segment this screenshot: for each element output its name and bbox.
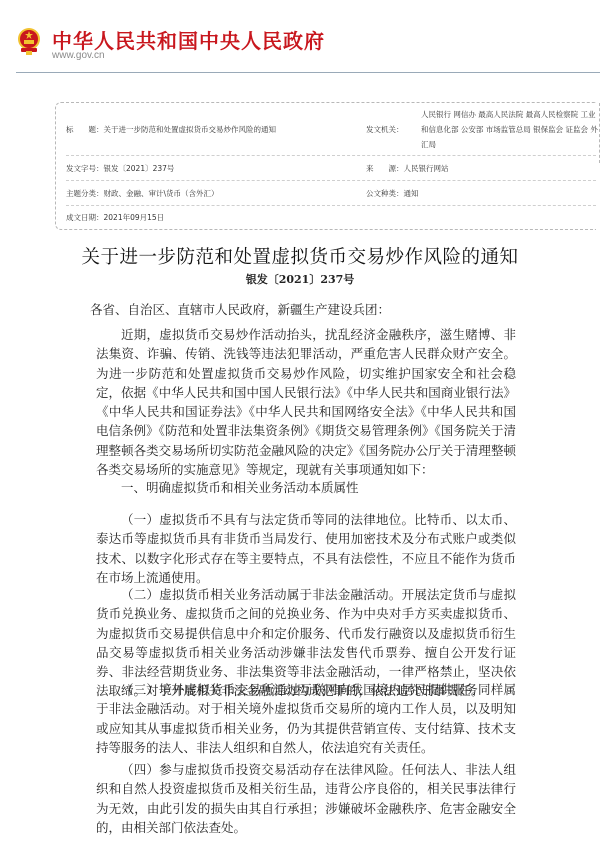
paragraph-4: （四）参与虚拟货币投资交易活动存在法律风险。任何法人、非法人组织和自然人投资虚拟… [96, 760, 516, 837]
title-value: 关于进一步防范和处置虚拟货币交易炒作风险的通知 [104, 125, 277, 134]
info-row-category: 主题分类：财政、金融、审计\货币（含外汇） 公文种类：通知 [66, 180, 596, 206]
document-addressee: 各省、自治区、直辖市人民政府，新疆生产建设兵团： [90, 300, 390, 318]
paragraph-1: （一）虚拟货币不具有与法定货币等同的法律地位。比特币、以太币、泰达币等虚拟货币具… [96, 510, 516, 587]
info-row-date: 成文日期：2021年09月15日 [66, 205, 596, 229]
document-number: 银发〔2021〕237号 [0, 271, 600, 287]
document-info-table: 标 题：关于进一步防范和处置虚拟货币交易炒作风险的通知 发文机关： 人民银行 网… [55, 102, 596, 230]
section-heading-1: 一、明确虚拟货币和相关业务活动本质属性 [121, 478, 359, 496]
doc-number-value: 银发〔2021〕237号 [104, 164, 175, 173]
title-field: 标 题：关于进一步防范和处置虚拟货币交易炒作风险的通知 [66, 124, 276, 135]
doc-number-field: 发文字号：银发〔2021〕237号 [66, 163, 174, 174]
date-value: 2021年09月15日 [104, 213, 165, 222]
intro-paragraph: 近期，虚拟货币交易炒作活动抬头，扰乱经济金融秩序，滋生赌博、非法集资、诈骗、传销… [96, 325, 516, 479]
date-field: 成文日期：2021年09月15日 [66, 212, 164, 223]
source-field: 来 源：人民银行网站 [366, 163, 449, 174]
national-emblem-icon [16, 27, 42, 57]
category-field: 主题分类：财政、金融、审计\货币（含外汇） [66, 188, 219, 199]
site-url[interactable]: www.gov.cn [52, 50, 105, 61]
category-value: 财政、金融、审计\货币（含外汇） [104, 189, 219, 198]
type-field: 公文种类：通知 [366, 188, 419, 199]
header-divider [16, 72, 600, 73]
issuer-label: 发文机关： [366, 124, 404, 135]
title-label: 标 题： [66, 125, 104, 134]
source-value: 人民银行网站 [404, 164, 449, 173]
info-row-title: 标 题：关于进一步防范和处置虚拟货币交易炒作风险的通知 发文机关： 人民银行 网… [66, 103, 596, 156]
type-label: 公文种类： [366, 189, 404, 198]
info-row-number: 发文字号：银发〔2021〕237号 来 源：人民银行网站 [66, 155, 596, 181]
source-label: 来 源： [366, 164, 404, 173]
paragraph-3: （三）境外虚拟货币交易所通过互联网向我国境内居民提供服务同样属于非法金融活动。对… [96, 680, 516, 757]
type-value: 通知 [404, 189, 419, 198]
site-header: 中华人民共和国中央人民政府 www.gov.cn [0, 0, 600, 70]
document-title: 关于进一步防范和处置虚拟货币交易炒作风险的通知 [0, 243, 600, 269]
doc-number-label: 发文字号： [66, 164, 104, 173]
category-label: 主题分类： [66, 189, 104, 198]
issuer-value: 人民银行 网信办 最高人民法院 最高人民检察院 工业和信息化部 公安部 市场监管… [421, 107, 600, 152]
date-label: 成文日期： [66, 213, 104, 222]
